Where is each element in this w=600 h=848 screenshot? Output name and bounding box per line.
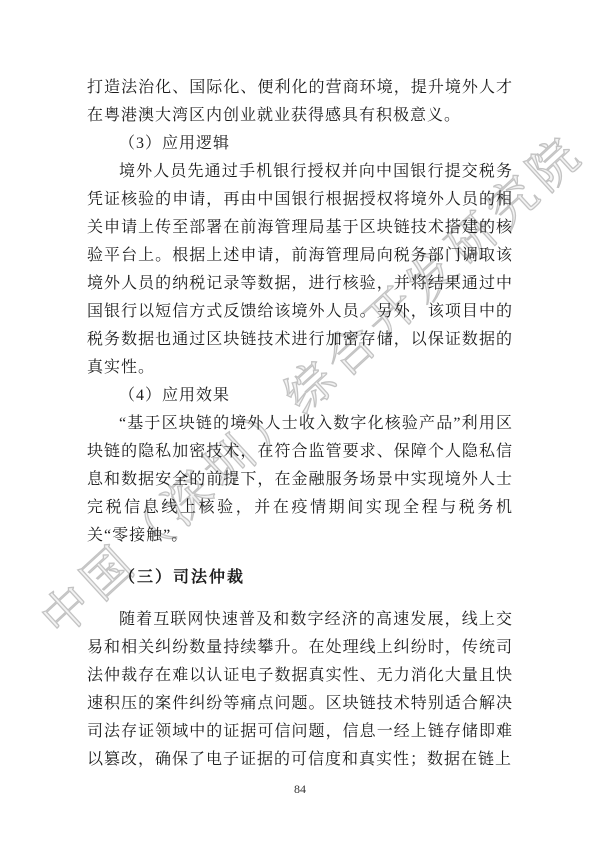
body-paragraph: 随着互联网快速普及和数字经济的高速发展，线上交易和相关纠纷数量持续攀升。在处理线…: [87, 606, 513, 774]
sub-heading-application-logic: （3）应用逻辑: [87, 130, 513, 158]
page-number: 84: [0, 782, 600, 797]
body-paragraph: 境外人员先通过手机银行授权并向中国银行提交税务凭证核验的申请，再由中国银行根据授…: [87, 158, 513, 382]
page-body-text: 打造法治化、国际化、便利化的营商环境，提升境外人才在粤港澳大湾区内创业就业获得感…: [87, 74, 513, 774]
body-paragraph-continued: 打造法治化、国际化、便利化的营商环境，提升境外人才在粤港澳大湾区内创业就业获得感…: [87, 74, 513, 130]
sub-heading-application-effect: （4）应用效果: [87, 382, 513, 410]
document-page: 中国（深圳）综合开发研究院 打造法治化、国际化、便利化的营商环境，提升境外人才在…: [0, 0, 600, 848]
section-heading-judicial-arbitration: （三）司法仲裁: [87, 564, 513, 592]
body-paragraph: “基于区块链的境外人士收入数字化核验产品”利用区块链的隐私加密技术，在符合监管要…: [87, 410, 513, 550]
